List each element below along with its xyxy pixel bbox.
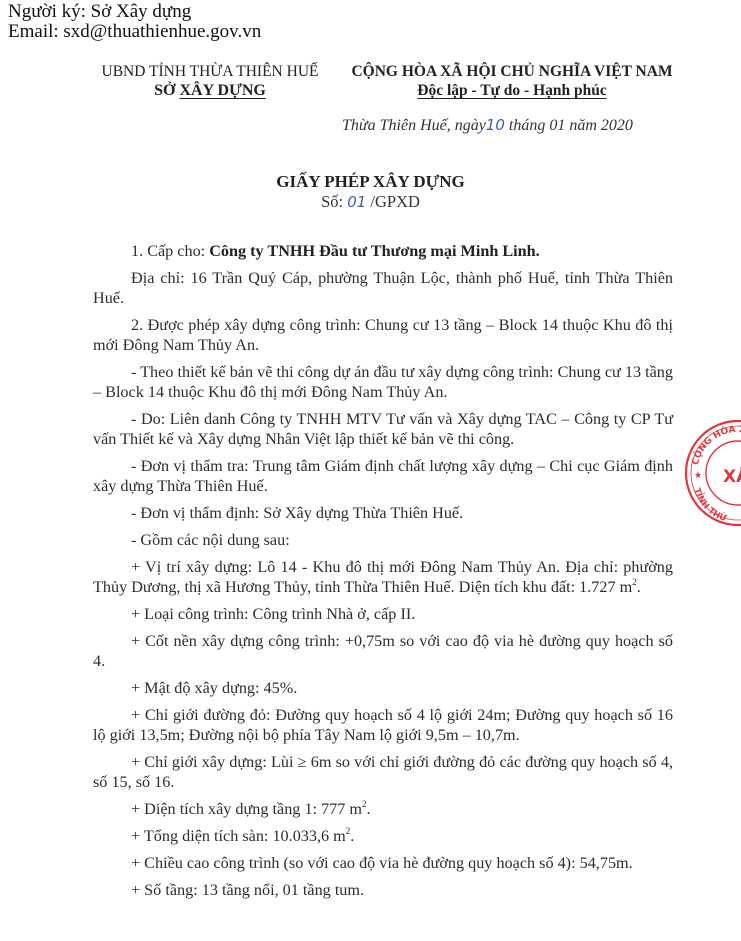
ground-floor-area-paragraph: + Diện tích xây dựng tầng 1: 777 m2. <box>93 799 673 819</box>
department-prefix: SỞ <box>154 82 179 99</box>
handwritten-day: 10 <box>486 116 505 134</box>
issuing-authority-header: UBND TỈNH THỪA THIÊN HUẾ SỞ XÂY DỰNG <box>88 62 332 100</box>
signer-name: Người ký: Sở Xây dựng <box>8 2 261 22</box>
density-paragraph: + Mật độ xây dựng: 45%. <box>93 678 673 698</box>
location-paragraph: + Vị trí xây dựng: Lô 14 - Khu đô thị mớ… <box>93 557 673 597</box>
designer-paragraph: - Do: Liên danh Công ty TNHH MTV Tư vấn … <box>93 409 673 449</box>
digital-signature-info: Người ký: Sở Xây dựng Email: sxd@thuathi… <box>8 2 261 42</box>
permit-body: 1. Cấp cho: Công ty TNHH Đầu tư Thương m… <box>93 241 673 907</box>
total-floor-area-paragraph: + Tổng diện tích sàn: 10.033,6 m2. <box>93 826 673 846</box>
department-underlined: XÂY DỰNG <box>179 82 265 99</box>
reviewer-paragraph: - Đơn vị thẩm tra: Trung tâm Giám định c… <box>93 456 673 496</box>
total-floor-area-text: + Tổng diện tích sàn: 10.033,6 m <box>131 827 346 845</box>
red-line-paragraph: + Chỉ giới đường đỏ: Đường quy hoạch số … <box>93 705 673 745</box>
type-paragraph: + Loại công trình: Công trình Nhà ở, cấp… <box>93 604 673 624</box>
seal-top-text: CỘNG HÒA XÃ <box>691 424 741 466</box>
floors-paragraph: + Số tầng: 13 tầng nổi, 01 tầng tum. <box>93 880 673 900</box>
location-end: . <box>637 578 641 596</box>
seal-star: ★ <box>694 471 702 481</box>
grantee-name: Công ty TNHH Đầu tư Thương mại Minh Linh… <box>209 242 540 260</box>
authority-name: UBND TỈNH THỪA THIÊN HUẾ <box>88 62 332 81</box>
nation-name: CỘNG HÒA XÃ HỘI CHỦ NGHĨA VIỆT NAM <box>346 62 678 81</box>
permitted-work-paragraph: 2. Được phép xây dựng công trình: Chung … <box>93 315 673 355</box>
grantee-label: 1. Cấp cho: <box>131 242 209 260</box>
setback-paragraph: + Chỉ giới xây dựng: Lùi ≥ 6m so với chỉ… <box>93 752 673 792</box>
foundation-level-paragraph: + Cốt nền xây dựng công trình: +0,75m so… <box>93 631 673 671</box>
design-basis-paragraph: - Theo thiết kế bản vẽ thi công dự án đầ… <box>93 362 673 402</box>
includes-paragraph: - Gồm các nội dung sau: <box>93 530 673 550</box>
location-text: + Vị trí xây dựng: Lô 14 - Khu đô thị mớ… <box>93 558 673 596</box>
seal-center-text: XÂY <box>723 465 741 487</box>
document-number: Số: 01 /GPXD <box>0 192 741 212</box>
total-floor-end: . <box>350 827 354 845</box>
handwritten-number: 01 <box>347 193 366 211</box>
date-prefix: Thừa Thiên Huế, ngày <box>342 117 486 134</box>
national-header: CỘNG HÒA XÃ HỘI CHỦ NGHĨA VIỆT NAM Độc l… <box>346 62 678 100</box>
number-prefix: Số: <box>321 192 347 211</box>
document-title: GIẤY PHÉP XÂY DỰNG <box>0 172 741 192</box>
date-suffix: tháng 01 năm 2020 <box>505 117 633 134</box>
appraiser-paragraph: - Đơn vị thẩm định: Sở Xây dựng Thừa Thi… <box>93 503 673 523</box>
department-name: SỞ XÂY DỰNG <box>88 81 332 100</box>
svg-text:CỘNG HÒA XÃ: CỘNG HÒA XÃ <box>691 424 741 466</box>
date-line: Thừa Thiên Huế, ngày10 tháng 01 năm 2020 <box>342 116 633 135</box>
official-seal-icon: CỘNG HÒA XÃ XÂY TỈNH THỪ ★ <box>683 418 741 528</box>
height-paragraph: + Chiều cao công trình (so với cao độ vi… <box>93 853 673 873</box>
signer-email: Email: sxd@thuathienhue.gov.vn <box>8 22 261 42</box>
number-suffix: /GPXD <box>366 192 420 211</box>
ground-floor-area-text: + Diện tích xây dựng tầng 1: 777 m <box>131 800 362 818</box>
grantee-paragraph: 1. Cấp cho: Công ty TNHH Đầu tư Thương m… <box>93 241 673 261</box>
ground-floor-end: . <box>367 800 371 818</box>
national-motto: Độc lập - Tự do - Hạnh phúc <box>346 81 678 100</box>
address-paragraph: Địa chỉ: 16 Trần Quý Cáp, phường Thuận L… <box>93 268 673 308</box>
